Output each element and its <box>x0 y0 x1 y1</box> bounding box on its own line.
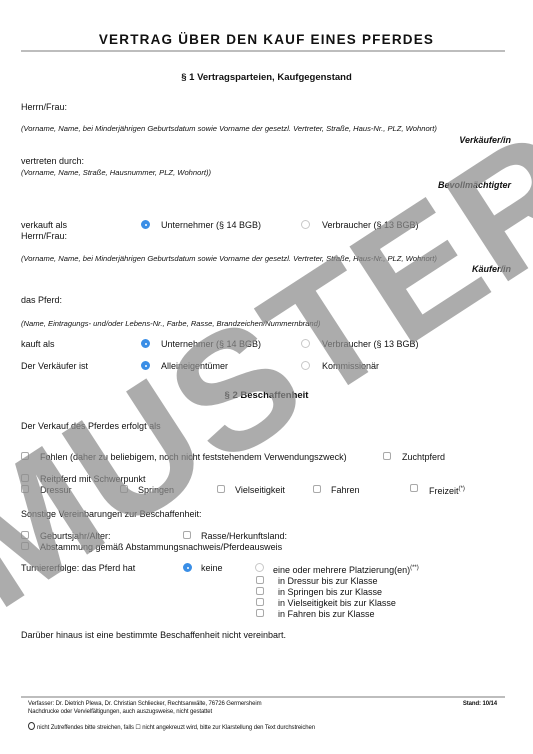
closing-statement: Darüber hinaus ist eine bestimmte Bescha… <box>21 630 286 640</box>
tournament-label: Turniererfolge: das Pferd hat <box>21 563 135 573</box>
tournament-placements-radio[interactable] <box>255 563 264 572</box>
section-1-heading: § 1 Vertragsparteien, Kaufgegenstand <box>0 72 533 83</box>
buyer-role: Käufer/in <box>472 264 511 274</box>
class-springen-checkbox[interactable] <box>256 587 264 595</box>
representative-hint: (Vorname, Name, Straße, Hausnummer, PLZ,… <box>21 168 211 177</box>
seller-is-alleineigentuemer-radio[interactable] <box>141 361 150 370</box>
representative-role: Bevollmächtigter <box>438 180 511 190</box>
horse-hint: (Name, Eintragungs- und/oder Lebens-Nr.,… <box>21 319 320 328</box>
footer-author: Verfasser: Dr. Dietrich Plewa, Dr. Chris… <box>28 701 262 707</box>
footer-copyright: Nachdrucke oder Vervielfältigungen, auch… <box>28 709 212 715</box>
fohlen-checkbox[interactable] <box>21 452 29 460</box>
vielseitigkeit-checkbox[interactable] <box>217 485 225 493</box>
springen-checkbox[interactable] <box>120 485 128 493</box>
sells-as-label: verkauft als <box>21 220 67 230</box>
document-title: VERTRAG ÜBER DEN KAUF EINES PFERDES <box>0 32 533 47</box>
tournament-none-label: keine <box>201 563 223 573</box>
pedigree-label: Abstammung gemäß Abstammungsnachweis/Pfe… <box>40 542 282 552</box>
reitpferd-checkbox[interactable] <box>21 474 29 482</box>
dressur-checkbox[interactable] <box>21 485 29 493</box>
reitpferd-label: Reitpferd mit Schwerpunkt <box>40 474 146 484</box>
zuchtpferd-checkbox[interactable] <box>383 452 391 460</box>
seller-is-kommissionaer-label: Kommissionär <box>322 361 379 371</box>
fohlen-label: Fohlen (daher zu beliebigem, noch nicht … <box>40 452 347 462</box>
tournament-none-radio[interactable] <box>183 563 192 572</box>
zuchtpferd-label: Zuchtpferd <box>402 452 445 462</box>
section-2-heading: § 2 Beschaffenheit <box>0 390 533 401</box>
buys-as-verbraucher-radio[interactable] <box>301 339 310 348</box>
freizeit-label: Freizeit(*) <box>429 486 465 496</box>
seller-role: Verkäufer/in <box>459 135 511 145</box>
class-vielseitigkeit-checkbox[interactable] <box>256 598 264 606</box>
fahren-checkbox[interactable] <box>313 485 321 493</box>
other-agreements-label: Sonstige Vereinbarungen zur Beschaffenhe… <box>21 509 201 519</box>
buys-as-unternehmer-label: Unternehmer (§ 14 BGB) <box>161 339 261 349</box>
seller-is-kommissionaer-radio[interactable] <box>301 361 310 370</box>
fahren-label: Fahren <box>331 485 360 495</box>
class-springen-label: in Springen bis zur Klasse <box>278 587 382 597</box>
breed-checkbox[interactable] <box>183 531 191 539</box>
pedigree-checkbox[interactable] <box>21 542 29 550</box>
class-fahren-label: in Fahren bis zur Klasse <box>278 609 375 619</box>
buys-as-verbraucher-label: Verbraucher (§ 13 BGB) <box>322 339 419 349</box>
springen-label: Springen <box>138 485 174 495</box>
tournament-placements-label: eine oder mehrere Platzierung(en)(**) <box>273 565 419 575</box>
sells-as-verbraucher-label: Verbraucher (§ 13 BGB) <box>322 220 419 230</box>
footnote-circle-icon <box>28 722 35 730</box>
representative-label: vertreten durch: <box>21 156 84 166</box>
seller-is-alleineigentuemer-label: Alleineigentümer <box>161 361 228 371</box>
birth-year-checkbox[interactable] <box>21 531 29 539</box>
freizeit-footnote-marker: (*) <box>459 486 465 492</box>
vielseitigkeit-label: Vielseitigkeit <box>235 485 285 495</box>
footer-note: nicht Zutreffendes bitte streichen, fall… <box>28 722 315 731</box>
seller-is-label: Der Verkäufer ist <box>21 361 88 371</box>
sells-as-unternehmer-label: Unternehmer (§ 14 BGB) <box>161 220 261 230</box>
horse-label: das Pferd: <box>21 295 62 305</box>
seller-hint: (Vorname, Name, bei Minderjährigen Gebur… <box>21 124 437 133</box>
seller-label: Herrn/Frau: <box>21 102 67 112</box>
class-dressur-label: in Dressur bis zur Klasse <box>278 576 378 586</box>
footer-version: Stand: 10/14 <box>463 701 497 707</box>
buys-as-unternehmer-radio[interactable] <box>141 339 150 348</box>
class-vielseitigkeit-label: in Vielseitigkeit bis zur Klasse <box>278 598 396 608</box>
buyer-hint: (Vorname, Name, bei Minderjährigen Gebur… <box>21 254 437 263</box>
freizeit-checkbox[interactable] <box>410 484 418 492</box>
sells-as-verbraucher-radio[interactable] <box>301 220 310 229</box>
class-fahren-checkbox[interactable] <box>256 609 264 617</box>
birth-year-label: Geburtsjahr/Alter: <box>40 531 111 541</box>
breed-label: Rasse/Herkunftsland: <box>201 531 287 541</box>
sells-as-unternehmer-radio[interactable] <box>141 220 150 229</box>
placements-footnote-marker: (**) <box>410 565 419 571</box>
class-dressur-checkbox[interactable] <box>256 576 264 584</box>
buyer-label: Herrn/Frau: <box>21 231 67 241</box>
footer-divider <box>21 696 505 698</box>
buys-as-label: kauft als <box>21 339 55 349</box>
dressur-label: Dressur <box>40 485 72 495</box>
title-divider <box>21 50 505 52</box>
sale-intro: Der Verkauf des Pferdes erfolgt als <box>21 421 161 431</box>
